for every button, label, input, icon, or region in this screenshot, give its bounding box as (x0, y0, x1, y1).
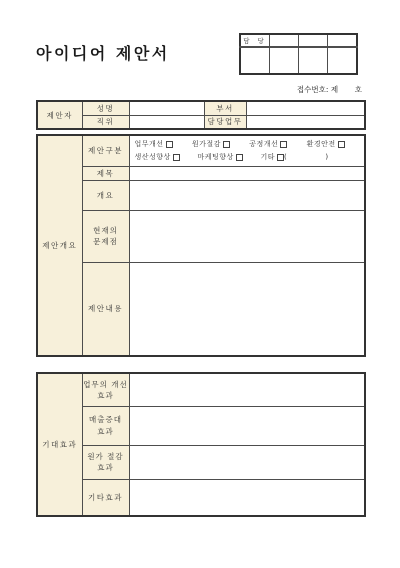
category-options-cell: 업무개선 원가절감 공정개선 환경안전 생산성향상 마케팅향상 기타( ) (129, 135, 365, 166)
category-row-1: 업무개선 원가절감 공정개선 환경안전 (130, 139, 365, 149)
position-value-cell (129, 115, 204, 129)
checkbox-icon (173, 154, 180, 161)
approval-header-blank-cell (270, 34, 299, 47)
summary-label-cell: 개요 (82, 180, 129, 210)
sales-increase-label-cell: 매출증대 효과 (82, 406, 129, 445)
category-option: 생산성향상 (135, 152, 198, 162)
section-label-proposer: 제안자 (37, 101, 82, 129)
current-problems-label-cell: 현재의 문제점 (82, 210, 129, 262)
sales-increase-value-cell (129, 406, 365, 445)
title-value-cell (129, 166, 365, 180)
other-effects-label-cell: 기타효과 (82, 479, 129, 516)
expected-effects-table: 기대효과 업무의 개선 효과 매출증대 효과 원가 절감 효과 기타효과 (36, 372, 366, 517)
proposal-content-value-cell (129, 262, 365, 356)
summary-value-cell (129, 180, 365, 210)
category-option: 원가절감 (192, 139, 249, 149)
name-label-cell: 성명 (82, 101, 129, 115)
cost-reduction-value-cell (129, 445, 365, 479)
work-improvement-value-cell (129, 373, 365, 406)
approval-header-blank-cell (299, 34, 328, 47)
checkbox-icon (338, 141, 345, 148)
approval-signature-cell (270, 47, 299, 74)
approval-signature-cell (299, 47, 328, 74)
current-problems-value-cell (129, 210, 365, 262)
approval-stamp-table: 담 당 (239, 33, 358, 75)
section-label-effects: 기대효과 (37, 373, 82, 516)
approval-header-blank-cell (328, 34, 358, 47)
department-label-cell: 부서 (204, 101, 246, 115)
work-improvement-label-cell: 업무의 개선 효과 (82, 373, 129, 406)
title-label-cell: 제목 (82, 166, 129, 180)
duty-label-cell: 담당업무 (204, 115, 246, 129)
category-option: 환경안전 (307, 139, 364, 149)
page-title: 아이디어 제안서 (36, 41, 170, 64)
proposer-table: 제안자 성명 부서 직위 담당업무 (36, 100, 366, 130)
section-label-overview: 제안개요 (37, 135, 82, 356)
name-value-cell (129, 101, 204, 115)
checkbox-icon (280, 141, 287, 148)
checkbox-icon (223, 141, 230, 148)
cost-reduction-label-cell: 원가 절감 효과 (82, 445, 129, 479)
checkbox-icon (166, 141, 173, 148)
idea-proposal-document: 아이디어 제안서 담 당 접수번호: 제 호 제안자 성명 부서 (0, 0, 400, 568)
category-option-other: 기타( ) (261, 152, 329, 162)
checkbox-icon (277, 154, 284, 161)
category-option-label: 원가절감 (192, 139, 221, 149)
category-option: 업무개선 (135, 139, 192, 149)
category-option-label: 환경안전 (307, 139, 336, 149)
approval-signature-cell (328, 47, 358, 74)
category-option-label: 마케팅향상 (198, 152, 234, 162)
other-fill-in-blank: ( ) (284, 153, 329, 161)
category-option: 마케팅향상 (198, 152, 261, 162)
duty-value-cell (246, 115, 365, 129)
proposal-overview-table: 제안개요 제안구분 업무개선 원가절감 공정개선 환경안전 생산성향상 마케팅향… (36, 134, 366, 357)
category-option-label: 기타 (261, 152, 276, 162)
checkbox-icon (236, 154, 243, 161)
category-option-label: 생산성향상 (135, 152, 171, 162)
approval-header-cell: 담 당 (240, 34, 270, 47)
category-row-2: 생산성향상 마케팅향상 기타( ) (130, 152, 365, 162)
other-effects-value-cell (129, 479, 365, 516)
category-option-label: 공정개선 (249, 139, 278, 149)
category-option-label: 업무개선 (135, 139, 164, 149)
position-label-cell: 직위 (82, 115, 129, 129)
category-option: 공정개선 (249, 139, 306, 149)
receipt-number-text: 접수번호: 제 호 (0, 84, 362, 95)
approval-signature-cell (240, 47, 270, 74)
proposal-content-label-cell: 제안내용 (82, 262, 129, 356)
category-label-cell: 제안구분 (82, 135, 129, 166)
department-value-cell (246, 101, 365, 115)
